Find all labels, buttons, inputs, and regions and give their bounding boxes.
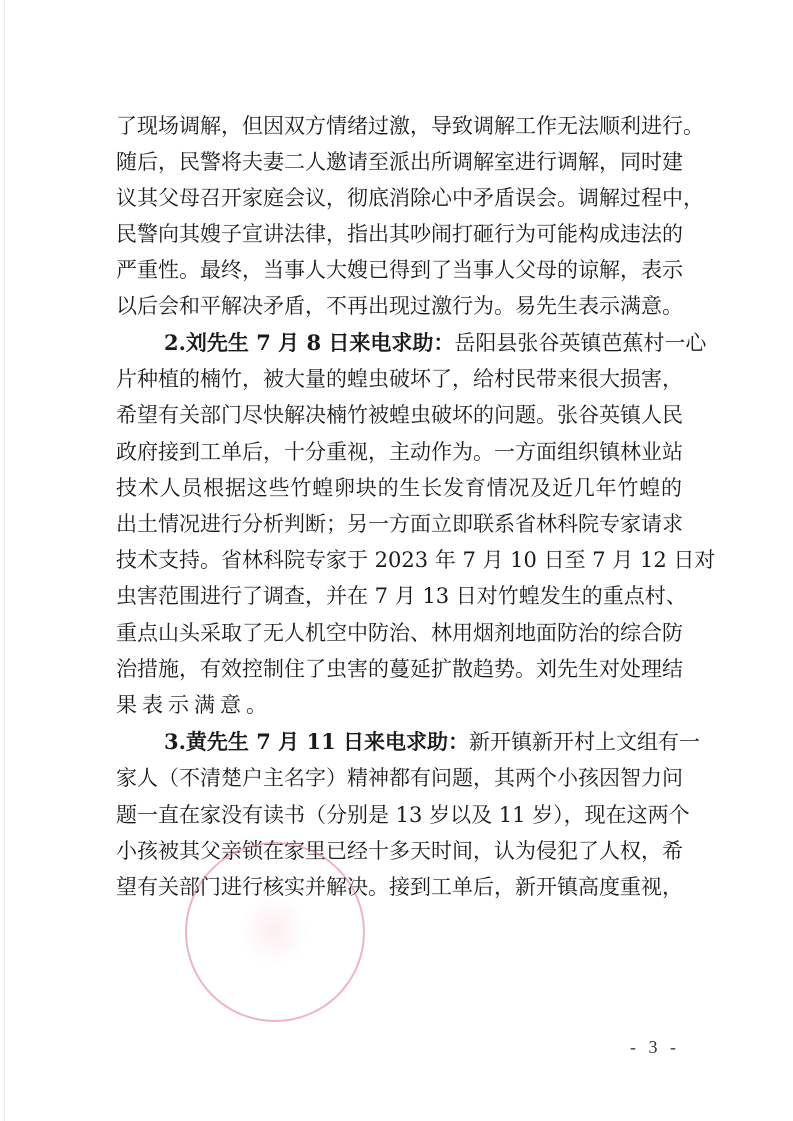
paragraph-2-line-5: 技术人员根据这些竹蝗卵块的生长发育情况及近几年竹蝗的 <box>116 470 682 506</box>
paragraph-1-line-4: 民警向其嫂子宣讲法律，指出其吵闹打砸行为可能构成违法的 <box>116 216 682 252</box>
paragraph-3-line-4: 小孩被其父亲锁在家里已经十多天时间，认为侵犯了人权，希 <box>116 833 682 869</box>
paragraph-1-line-2: 随后，民警将夫妻二人邀请至派出所调解室进行调解，同时建 <box>116 144 682 180</box>
paragraph-2-heading: 2.刘先生 7 月 8 日来电求助： <box>164 330 454 355</box>
paragraph-2-line-1-text: 岳阳县张谷英镇芭蕉村一心 <box>454 331 706 355</box>
seal-emblem <box>239 896 309 966</box>
paragraph-2-line-4: 政府接到工单后，十分重视，主动作为。一方面组织镇林业站 <box>116 434 682 470</box>
paragraph-1-line-1: 了现场调解，但因双方情绪过激，导致调解工作无法顺利进行。 <box>116 108 682 144</box>
paragraph-3-line-5: 望有关部门进行核实并解决。接到工单后，新开镇高度重视， <box>116 869 682 905</box>
paragraph-1-line-3: 议其父母召开家庭会议，彻底消除心中矛盾误会。调解过程中， <box>116 180 682 216</box>
paragraph-3-line-1-text: 新开镇新开村上文组有一 <box>469 730 700 754</box>
paragraph-3-line-2: 家人（不清楚户主名字）精神都有问题，其两个小孩因智力问 <box>116 760 682 796</box>
paragraph-2-line-6: 出土情况进行分析判断；另一方面立即联系省林科院专家请求 <box>116 506 682 542</box>
paragraph-2-line-10: 治措施，有效控制住了虫害的蔓延扩散趋势。刘先生对处理结 <box>116 651 682 687</box>
paragraph-2-line-9: 重点山头采取了无人机空中防治、林用烟剂地面防治的综合防 <box>116 615 682 651</box>
paragraph-3-heading: 3.黄先生 7 月 11 日来电求助： <box>164 729 469 754</box>
paragraph-3-line-1: 3.黄先生 7 月 11 日来电求助：新开镇新开村上文组有一 <box>164 724 682 760</box>
paragraph-3-line-3: 题一直在家没有读书（分别是 13 岁以及 11 岁），现在这两个 <box>116 797 682 833</box>
page-number: - 3 - <box>630 1037 680 1058</box>
paragraph-1-line-6: 以后会和平解决矛盾，不再出现过激行为。易先生表示满意。 <box>116 288 682 324</box>
scan-edge-artifact <box>4 0 5 1121</box>
paragraph-2-line-11: 果表示满意。 <box>116 687 272 723</box>
paragraph-2-line-1: 2.刘先生 7 月 8 日来电求助：岳阳县张谷英镇芭蕉村一心 <box>164 325 682 361</box>
paragraph-2-line-7: 技术支持。省林科院专家于 2023 年 7 月 10 日至 7 月 12 日对 <box>116 542 682 578</box>
paragraph-2-line-8: 虫害范围进行了调查，并在 7 月 13 日对竹蝗发生的重点村、 <box>116 578 682 614</box>
paragraph-2-line-2: 片种植的楠竹，被大量的蝗虫破坏了，给村民带来很大损害， <box>116 361 682 397</box>
paragraph-2-line-3: 希望有关部门尽快解决楠竹被蝗虫破坏的问题。张谷英镇人民 <box>116 397 682 433</box>
paragraph-1-line-5: 严重性。最终，当事人大嫂已得到了当事人父母的谅解，表示 <box>116 252 682 288</box>
